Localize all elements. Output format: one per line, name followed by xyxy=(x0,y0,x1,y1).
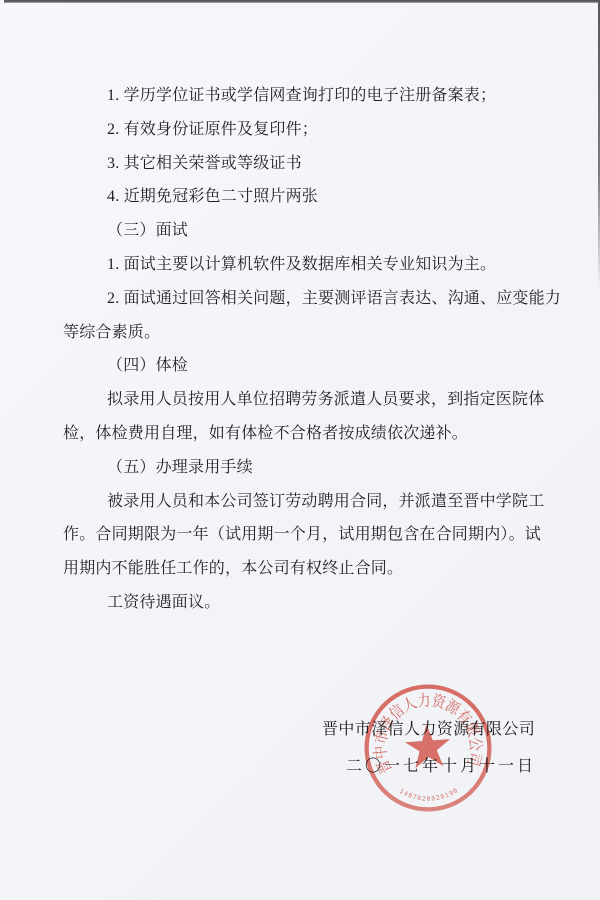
scanned-document-page: 1. 学历学位证书或学信网查询打印的电子注册备案表；2. 有效身份证原件及复印件… xyxy=(0,0,600,900)
company-seal-stamp: 晋中市泽信人力资源有限公司 1407020020190 xyxy=(358,678,499,819)
document-line: 用期内不能胜任工作的，本公司有权终止合同。 xyxy=(63,552,535,586)
document-line: 工资待遇面议。 xyxy=(63,586,535,620)
document-line: 1. 学历学位证书或学信网查询打印的电子注册备案表； xyxy=(63,79,535,113)
document-body: 1. 学历学位证书或学信网查询打印的电子注册备案表；2. 有效身份证原件及复印件… xyxy=(63,79,535,620)
document-line: （四）体检 xyxy=(63,349,535,383)
document-line: 作。合同期限为一年（试用期一个月，试用期包含在合同期内）。试 xyxy=(63,518,535,552)
seal-svg: 晋中市泽信人力资源有限公司 1407020020190 xyxy=(358,678,499,819)
document-line: 拟录用人员按用人单位招聘劳务派遣人员要求，到指定医院体 xyxy=(63,383,535,417)
document-line: 2. 有效身份证原件及复印件； xyxy=(63,113,535,147)
document-line: 4. 近期免冠彩色二寸照片两张 xyxy=(63,180,535,214)
document-line: （三）面试 xyxy=(63,214,535,248)
document-line: 3. 其它相关荣誉或等级证书 xyxy=(63,147,535,181)
document-line: （五）办理录用手续 xyxy=(63,451,535,485)
document-line: 1. 面试主要以计算机软件及数据库相关专业知识为主。 xyxy=(63,248,535,282)
document-line: 2. 面试通过回答相关问题，主要测评语言表达、沟通、应变能力 xyxy=(63,282,535,316)
seal-serial-number: 1407020020190 xyxy=(398,784,461,805)
scan-top-edge-line xyxy=(4,0,600,3)
document-line: 等综合素质。 xyxy=(63,316,535,350)
document-line: 检，体检费用自理，如有体检不合格者按成绩依次递补。 xyxy=(63,417,535,451)
star-icon xyxy=(404,723,452,769)
document-line: 被录用人员和本公司签订劳动聘用合同，并派遣至晋中学院工 xyxy=(63,485,535,519)
